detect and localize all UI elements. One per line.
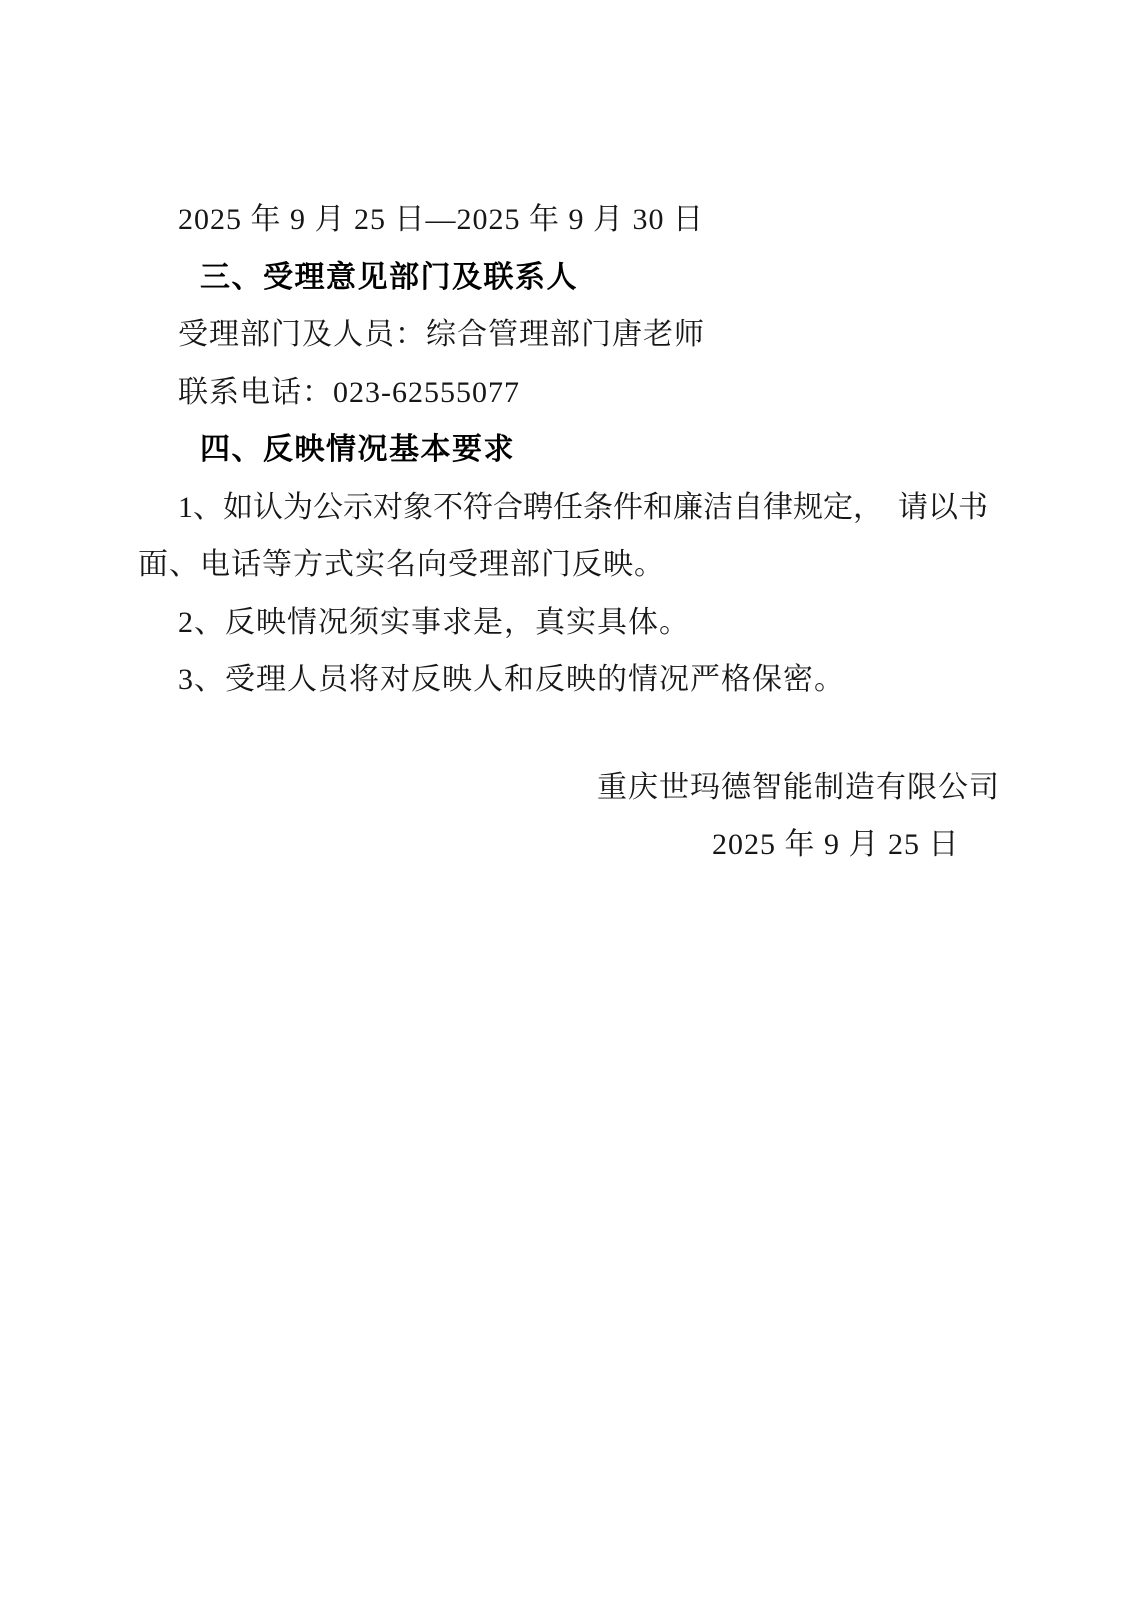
signature-company: 重庆世玛德智能制造有限公司 <box>138 759 993 817</box>
contact-department-line: 受理部门及人员：综合管理部门唐老师 <box>138 306 993 364</box>
document-content: 2025 年 9 月 25 日—2025 年 9 月 30 日 三、受理意见部门… <box>0 0 1131 874</box>
requirement-1-line-1: 1、如认为公示对象不符合聘任条件和廉洁自律规定， 请以书 <box>138 479 993 537</box>
requirement-1-line-2: 面、电话等方式实名向受理部门反映。 <box>138 536 993 594</box>
blank-line-spacer <box>138 709 993 759</box>
contact-phone-line: 联系电话：023-62555077 <box>138 364 993 422</box>
section-heading-4: 四、反映情况基本要求 <box>138 421 993 479</box>
document-page: 2025 年 9 月 25 日—2025 年 9 月 30 日 三、受理意见部门… <box>0 0 1131 1600</box>
publicity-date-range-line: 2025 年 9 月 25 日—2025 年 9 月 30 日 <box>138 191 993 249</box>
requirement-2-line: 2、反映情况须实事求是，真实具体。 <box>138 594 993 652</box>
requirement-3-line: 3、受理人员将对反映人和反映的情况严格保密。 <box>138 651 993 709</box>
section-heading-3: 三、受理意见部门及联系人 <box>138 249 993 307</box>
signature-date: 2025 年 9 月 25 日 <box>138 816 993 874</box>
